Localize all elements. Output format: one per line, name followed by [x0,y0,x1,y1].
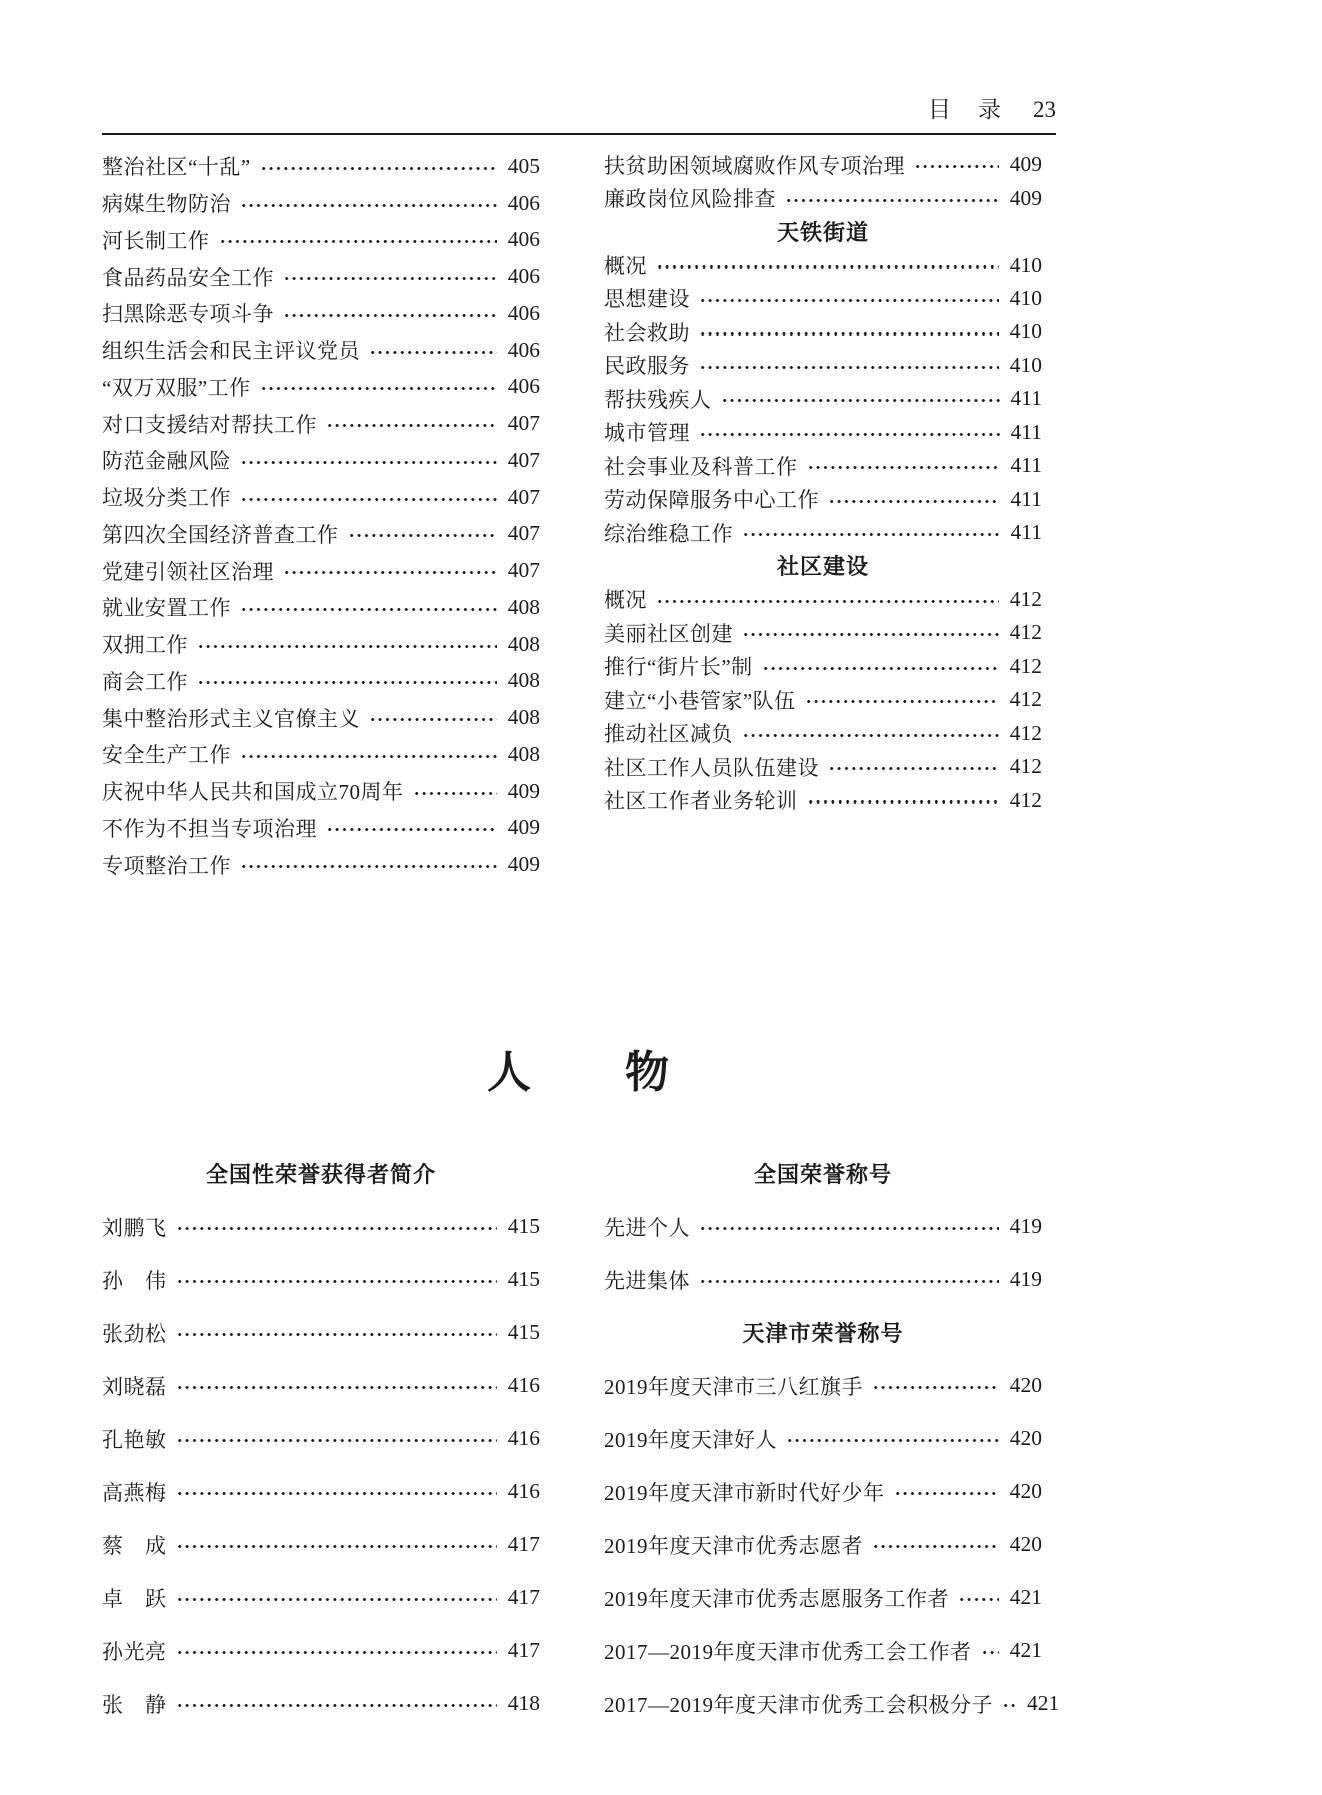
toc-entry[interactable]: 社区工作人员队伍建设412 [604,750,1042,783]
toc-entry[interactable]: 卓 跃417 [102,1571,540,1624]
toc-entry[interactable]: 思想建设410 [604,282,1042,315]
toc-entry-title: 推行“街片长”制 [604,651,753,681]
toc-entry[interactable]: 2019年度天津市新时代好少年420 [604,1465,1042,1518]
toc-entry[interactable]: 扶贫助困领域腐败作风专项治理409 [604,148,1042,181]
dotted-leader [958,1598,999,1601]
dotted-leader [807,800,999,803]
toc-entry[interactable]: 先进个人419 [604,1200,1042,1253]
toc-entry-title: 孙 伟 [102,1265,167,1295]
toc-entry-page-number: 407 [508,521,540,546]
toc-entry-title: 扫黑除恶专项斗争 [102,298,274,328]
toc-entry-title: 社会救助 [604,317,690,347]
toc-section-top: 整治社区“十乱”405病媒生物防治406河长制工作406食品药品安全工作406扫… [102,148,1056,883]
dotted-leader [785,199,999,202]
toc-entry[interactable]: 河长制工作406 [102,222,540,259]
toc-entry-page-number: 417 [508,1638,540,1663]
toc-entry-title: 病媒生物防治 [102,188,231,218]
toc-entry-page-number: 419 [1010,1214,1042,1239]
toc-section-people: 全国性荣誉获得者简介刘鹏飞415孙 伟415张劲松415刘晓磊416孔艳敏416… [102,1147,1056,1730]
dotted-leader [656,600,999,603]
toc-entry-page-number: 409 [1010,186,1042,211]
toc-entry-page-number: 420 [1010,1373,1042,1398]
toc-entry-title: 卓 跃 [102,1583,167,1613]
toc-entry-page-number: 409 [508,779,540,804]
toc-entry[interactable]: 扫黑除恶专项斗争406 [102,295,540,332]
toc-entry-title: 2019年度天津好人 [604,1424,777,1454]
toc-entry-title: 对口支援结对帮扶工作 [102,409,317,439]
toc-entry[interactable]: 专项整治工作409 [102,846,540,883]
toc-entry[interactable]: 第四次全国经济普查工作407 [102,516,540,553]
toc-entry-title: 食品药品安全工作 [102,262,274,292]
toc-entry-title: 2017—2019年度天津市优秀工会工作者 [604,1636,972,1666]
toc-entry-page-number: 412 [1010,754,1042,779]
toc-entry[interactable]: 美丽社区创建412 [604,616,1042,649]
toc-entry-title: 推动社区减负 [604,718,733,748]
dotted-leader [260,387,497,390]
dotted-leader [326,424,497,427]
dotted-leader [699,332,999,335]
toc-entry[interactable]: 帮扶残疾人411 [604,382,1042,415]
toc-entry-page-number: 416 [508,1479,540,1504]
dotted-leader [699,366,999,369]
toc-entry-page-number: 409 [1010,152,1042,177]
toc-entry[interactable]: 先进集体419 [604,1253,1042,1306]
toc-entry[interactable]: 刘晓磊416 [102,1359,540,1412]
toc-entry-page-number: 406 [508,191,540,216]
toc-entry[interactable]: 社会救助410 [604,315,1042,348]
toc-entry-page-number: 410 [1010,319,1042,344]
toc-entry-title: 城市管理 [604,417,690,447]
toc-entry[interactable]: 防范金融风险407 [102,442,540,479]
toc-entry[interactable]: 社区工作者业务轮训412 [604,783,1042,816]
toc-entry-page-number: 416 [508,1426,540,1451]
toc-entry-title: 专项整治工作 [102,850,231,880]
toc-entry-page-number: 412 [1010,587,1042,612]
page-content: 目 录 23 整治社区“十乱”405病媒生物防治406河长制工作406食品药品安… [0,0,1322,1730]
dotted-leader [283,571,497,574]
dotted-leader [699,1280,999,1283]
toc-entry[interactable]: 党建引领社区治理407 [102,552,540,589]
toc-column-left-people: 全国性荣誉获得者简介刘鹏飞415孙 伟415张劲松415刘晓磊416孔艳敏416… [102,1147,540,1730]
toc-entry-title: 安全生产工作 [102,739,231,769]
dotted-leader [914,165,999,168]
toc-entry-page-number: 408 [508,632,540,657]
dotted-leader [762,667,999,670]
running-head-page-number: 23 [1033,96,1056,124]
dotted-leader [742,633,999,636]
toc-entry-title: “双万双服”工作 [102,372,251,402]
toc-entry-title: 廉政岗位风险排查 [604,183,776,213]
dotted-leader [240,755,497,758]
toc-entry-title: 孙光亮 [102,1636,167,1666]
dotted-leader [348,534,497,537]
toc-entry[interactable]: 2019年度天津市优秀志愿服务工作者421 [604,1571,1042,1624]
dotted-leader [176,1651,497,1654]
toc-entry[interactable]: 廉政岗位风险排查409 [604,181,1042,214]
dotted-leader [240,461,497,464]
toc-entry[interactable]: 推动社区减负412 [604,716,1042,749]
toc-entry-title: 商会工作 [102,666,188,696]
toc-entry[interactable]: 蔡 成417 [102,1518,540,1571]
toc-entry-page-number: 406 [508,227,540,252]
dotted-leader [176,1280,497,1283]
dotted-leader [326,828,497,831]
toc-entry[interactable]: 社会事业及科普工作411 [604,449,1042,482]
toc-entry-page-number: 412 [1010,620,1042,645]
toc-entry-title: 2019年度天津市新时代好少年 [604,1477,885,1507]
toc-entry-title: 张 静 [102,1689,167,1719]
toc-entry[interactable]: 城市管理411 [604,416,1042,449]
toc-section-header: 全国荣誉称号 [604,1147,1042,1200]
dotted-leader [176,1227,497,1230]
toc-entry-page-number: 409 [508,815,540,840]
toc-entry-page-number: 415 [508,1320,540,1345]
toc-entry[interactable]: 组织生活会和民主评议党员406 [102,332,540,369]
toc-entry[interactable]: 商会工作408 [102,663,540,700]
dotted-leader [219,240,497,243]
toc-entry[interactable]: 病媒生物防治406 [102,185,540,222]
toc-entry-title: 思想建设 [604,283,690,313]
dotted-leader [413,792,497,795]
toc-section-header: 社区建设 [604,549,1042,582]
toc-entry-title: 就业安置工作 [102,592,231,622]
dotted-leader [176,1492,497,1495]
toc-entry-title: 先进集体 [604,1265,690,1295]
toc-entry-title: 劳动保障服务中心工作 [604,484,819,514]
toc-entry-title: 2019年度天津市优秀志愿服务工作者 [604,1583,949,1613]
toc-entry-page-number: 407 [508,558,540,583]
toc-entry-page-number: 411 [1011,386,1042,411]
toc-entry-page-number: 407 [508,448,540,473]
dotted-leader [240,865,497,868]
toc-entry-page-number: 420 [1010,1426,1042,1451]
toc-entry-title: 美丽社区创建 [604,618,733,648]
toc-entry[interactable]: “双万双服”工作406 [102,369,540,406]
toc-entry-page-number: 421 [1010,1585,1042,1610]
dotted-leader [742,734,999,737]
toc-entry-title: 集中整治形式主义官僚主义 [102,703,360,733]
toc-entry-page-number: 412 [1010,687,1042,712]
toc-entry-title: 2019年度天津市优秀志愿者 [604,1530,863,1560]
dotted-leader [369,351,497,354]
dotted-leader [981,1651,999,1654]
dotted-leader [176,1386,497,1389]
toc-entry-title: 孔艳敏 [102,1424,167,1454]
toc-entry-title: 社区工作人员队伍建设 [604,752,819,782]
toc-entry-page-number: 406 [508,338,540,363]
toc-entry[interactable]: 孙 伟415 [102,1253,540,1306]
toc-entry-title: 综治维稳工作 [604,518,733,548]
part-title: 人 物 [102,1045,1056,1101]
toc-entry-page-number: 420 [1010,1479,1042,1504]
toc-entry-page-number: 406 [508,374,540,399]
toc-section-header: 天津市荣誉称号 [604,1306,1042,1359]
toc-entry-page-number: 408 [508,668,540,693]
toc-entry[interactable]: 张劲松415 [102,1306,540,1359]
toc-entry-page-number: 419 [1010,1267,1042,1292]
toc-entry-title: 社会事业及科普工作 [604,451,798,481]
toc-entry[interactable]: 庆祝中华人民共和国成立70周年409 [102,773,540,810]
toc-entry-page-number: 420 [1010,1532,1042,1557]
toc-entry-title: 高燕梅 [102,1477,167,1507]
toc-entry-title: 民政服务 [604,350,690,380]
dotted-leader [699,1227,999,1230]
toc-entry-title: 不作为不担当专项治理 [102,813,317,843]
toc-entry-page-number: 411 [1011,487,1042,512]
toc-entry[interactable]: 集中整治形式主义官僚主义408 [102,699,540,736]
toc-entry[interactable]: 2017—2019年度天津市优秀工会工作者421 [604,1624,1042,1677]
dotted-leader [176,1333,497,1336]
dotted-leader [721,399,1000,402]
toc-column-right: 扶贫助困领域腐败作风专项治理409廉政岗位风险排查409天铁街道概况410思想建… [604,148,1042,883]
dotted-leader [369,718,497,721]
toc-entry[interactable]: 2017—2019年度天津市优秀工会积极分子421 [604,1677,1042,1730]
toc-entry-page-number: 409 [508,852,540,877]
toc-entry[interactable]: 高燕梅416 [102,1465,540,1518]
toc-entry[interactable]: 2019年度天津市三八红旗手420 [604,1359,1042,1412]
dotted-leader [176,1439,497,1442]
running-head: 目 录 23 [102,96,1056,135]
toc-entry-title: 先进个人 [604,1212,690,1242]
toc-entry-title: 刘鹏飞 [102,1212,167,1242]
toc-entry-page-number: 408 [508,742,540,767]
toc-entry-page-number: 412 [1010,788,1042,813]
toc-entry-title: 党建引领社区治理 [102,556,274,586]
toc-entry[interactable]: 整治社区“十乱”405 [102,148,540,185]
toc-entry[interactable]: 食品药品安全工作406 [102,258,540,295]
toc-entry-page-number: 411 [1011,520,1042,545]
toc-entry-page-number: 421 [1010,1638,1042,1663]
toc-entry-title: 防范金融风险 [102,445,231,475]
toc-column-left: 整治社区“十乱”405病媒生物防治406河长制工作406食品药品安全工作406扫… [102,148,540,883]
toc-entry[interactable]: 推行“街片长”制412 [604,650,1042,683]
running-head-title: 目 录 [928,96,1003,124]
dotted-leader [872,1386,999,1389]
toc-entry-title: 组织生活会和民主评议党员 [102,335,360,365]
toc-entry-title: 2017—2019年度天津市优秀工会积极分子 [604,1689,993,1719]
toc-entry[interactable]: 孙光亮417 [102,1624,540,1677]
toc-entry[interactable]: 民政服务410 [604,349,1042,382]
toc-entry[interactable]: 劳动保障服务中心工作411 [604,482,1042,515]
dotted-leader [656,265,999,268]
toc-entry-page-number: 406 [508,301,540,326]
dotted-leader [807,466,1000,469]
toc-entry-page-number: 410 [1010,286,1042,311]
toc-entry-title: 建立“小巷管家”队伍 [604,685,796,715]
toc-entry-page-number: 411 [1011,420,1042,445]
dotted-leader [197,681,497,684]
dotted-leader [176,1545,497,1548]
dotted-leader [699,433,1000,436]
toc-entry[interactable]: 不作为不担当专项治理409 [102,810,540,847]
toc-entry-title: 张劲松 [102,1318,167,1348]
toc-section-header: 天铁街道 [604,215,1042,248]
toc-entry-title: 蔡 成 [102,1530,167,1560]
toc-entry-page-number: 412 [1010,654,1042,679]
toc-entry-title: 河长制工作 [102,225,210,255]
toc-entry[interactable]: 刘鹏飞415 [102,1200,540,1253]
toc-entry-title: 刘晓磊 [102,1371,167,1401]
toc-entry-page-number: 407 [508,485,540,510]
toc-entry-page-number: 417 [508,1532,540,1557]
book-page: 目 录 23 整治社区“十乱”405病媒生物防治406河长制工作406食品药品安… [0,0,1322,1795]
dotted-leader [176,1598,497,1601]
toc-entry-page-number: 405 [508,154,540,179]
dotted-leader [176,1704,497,1707]
toc-column-right-people: 全国荣誉称号先进个人419先进集体419天津市荣誉称号2019年度天津市三八红旗… [604,1147,1042,1730]
toc-entry-title: 整治社区“十乱” [102,151,251,181]
dotted-leader [283,277,497,280]
toc-entry-page-number: 415 [508,1267,540,1292]
dotted-leader [1002,1704,1016,1707]
toc-entry[interactable]: 对口支援结对帮扶工作407 [102,405,540,442]
toc-entry[interactable]: 就业安置工作408 [102,589,540,626]
toc-entry-page-number: 421 [1027,1691,1059,1716]
toc-entry-title: 帮扶残疾人 [604,384,712,414]
toc-section-header: 全国性荣誉获得者简介 [102,1147,540,1200]
toc-entry-page-number: 410 [1010,353,1042,378]
toc-entry-title: 第四次全国经济普查工作 [102,519,339,549]
dotted-leader [699,299,999,302]
toc-entry-title: 垃圾分类工作 [102,482,231,512]
dotted-leader [828,767,999,770]
toc-entry[interactable]: 概况410 [604,248,1042,281]
toc-entry-title: 社区工作者业务轮训 [604,785,798,815]
dotted-leader [805,700,999,703]
toc-entry[interactable]: 建立“小巷管家”队伍412 [604,683,1042,716]
toc-entry-title: 双拥工作 [102,629,188,659]
toc-entry[interactable]: 双拥工作408 [102,626,540,663]
dotted-leader [240,204,497,207]
toc-entry[interactable]: 垃圾分类工作407 [102,479,540,516]
dotted-leader [828,500,1000,503]
toc-entry[interactable]: 概况412 [604,583,1042,616]
toc-entry-page-number: 415 [508,1214,540,1239]
toc-entry[interactable]: 综治维稳工作411 [604,516,1042,549]
toc-entry-page-number: 410 [1010,253,1042,278]
toc-entry-title: 2019年度天津市三八红旗手 [604,1371,863,1401]
dotted-leader [872,1545,999,1548]
toc-entry-page-number: 407 [508,411,540,436]
dotted-leader [742,533,1000,536]
dotted-leader [283,314,497,317]
dotted-leader [260,167,497,170]
dotted-leader [240,498,497,501]
dotted-leader [786,1439,999,1442]
toc-entry-page-number: 411 [1011,453,1042,478]
toc-entry-page-number: 412 [1010,721,1042,746]
toc-entry-title: 概况 [604,584,647,614]
dotted-leader [197,645,497,648]
toc-entry[interactable]: 孔艳敏416 [102,1412,540,1465]
dotted-leader [240,608,497,611]
toc-entry-title: 庆祝中华人民共和国成立70周年 [102,776,404,806]
toc-entry[interactable]: 2019年度天津好人420 [604,1412,1042,1465]
toc-entry-page-number: 408 [508,595,540,620]
toc-entry-title: 概况 [604,250,647,280]
toc-entry[interactable]: 安全生产工作408 [102,736,540,773]
toc-entry-page-number: 417 [508,1585,540,1610]
toc-entry-page-number: 408 [508,705,540,730]
toc-entry-page-number: 406 [508,264,540,289]
toc-entry[interactable]: 2019年度天津市优秀志愿者420 [604,1518,1042,1571]
toc-entry-title: 扶贫助困领域腐败作风专项治理 [604,150,905,180]
toc-entry-page-number: 416 [508,1373,540,1398]
toc-entry[interactable]: 张 静418 [102,1677,540,1730]
toc-entry-page-number: 418 [508,1691,540,1716]
dotted-leader [894,1492,999,1495]
